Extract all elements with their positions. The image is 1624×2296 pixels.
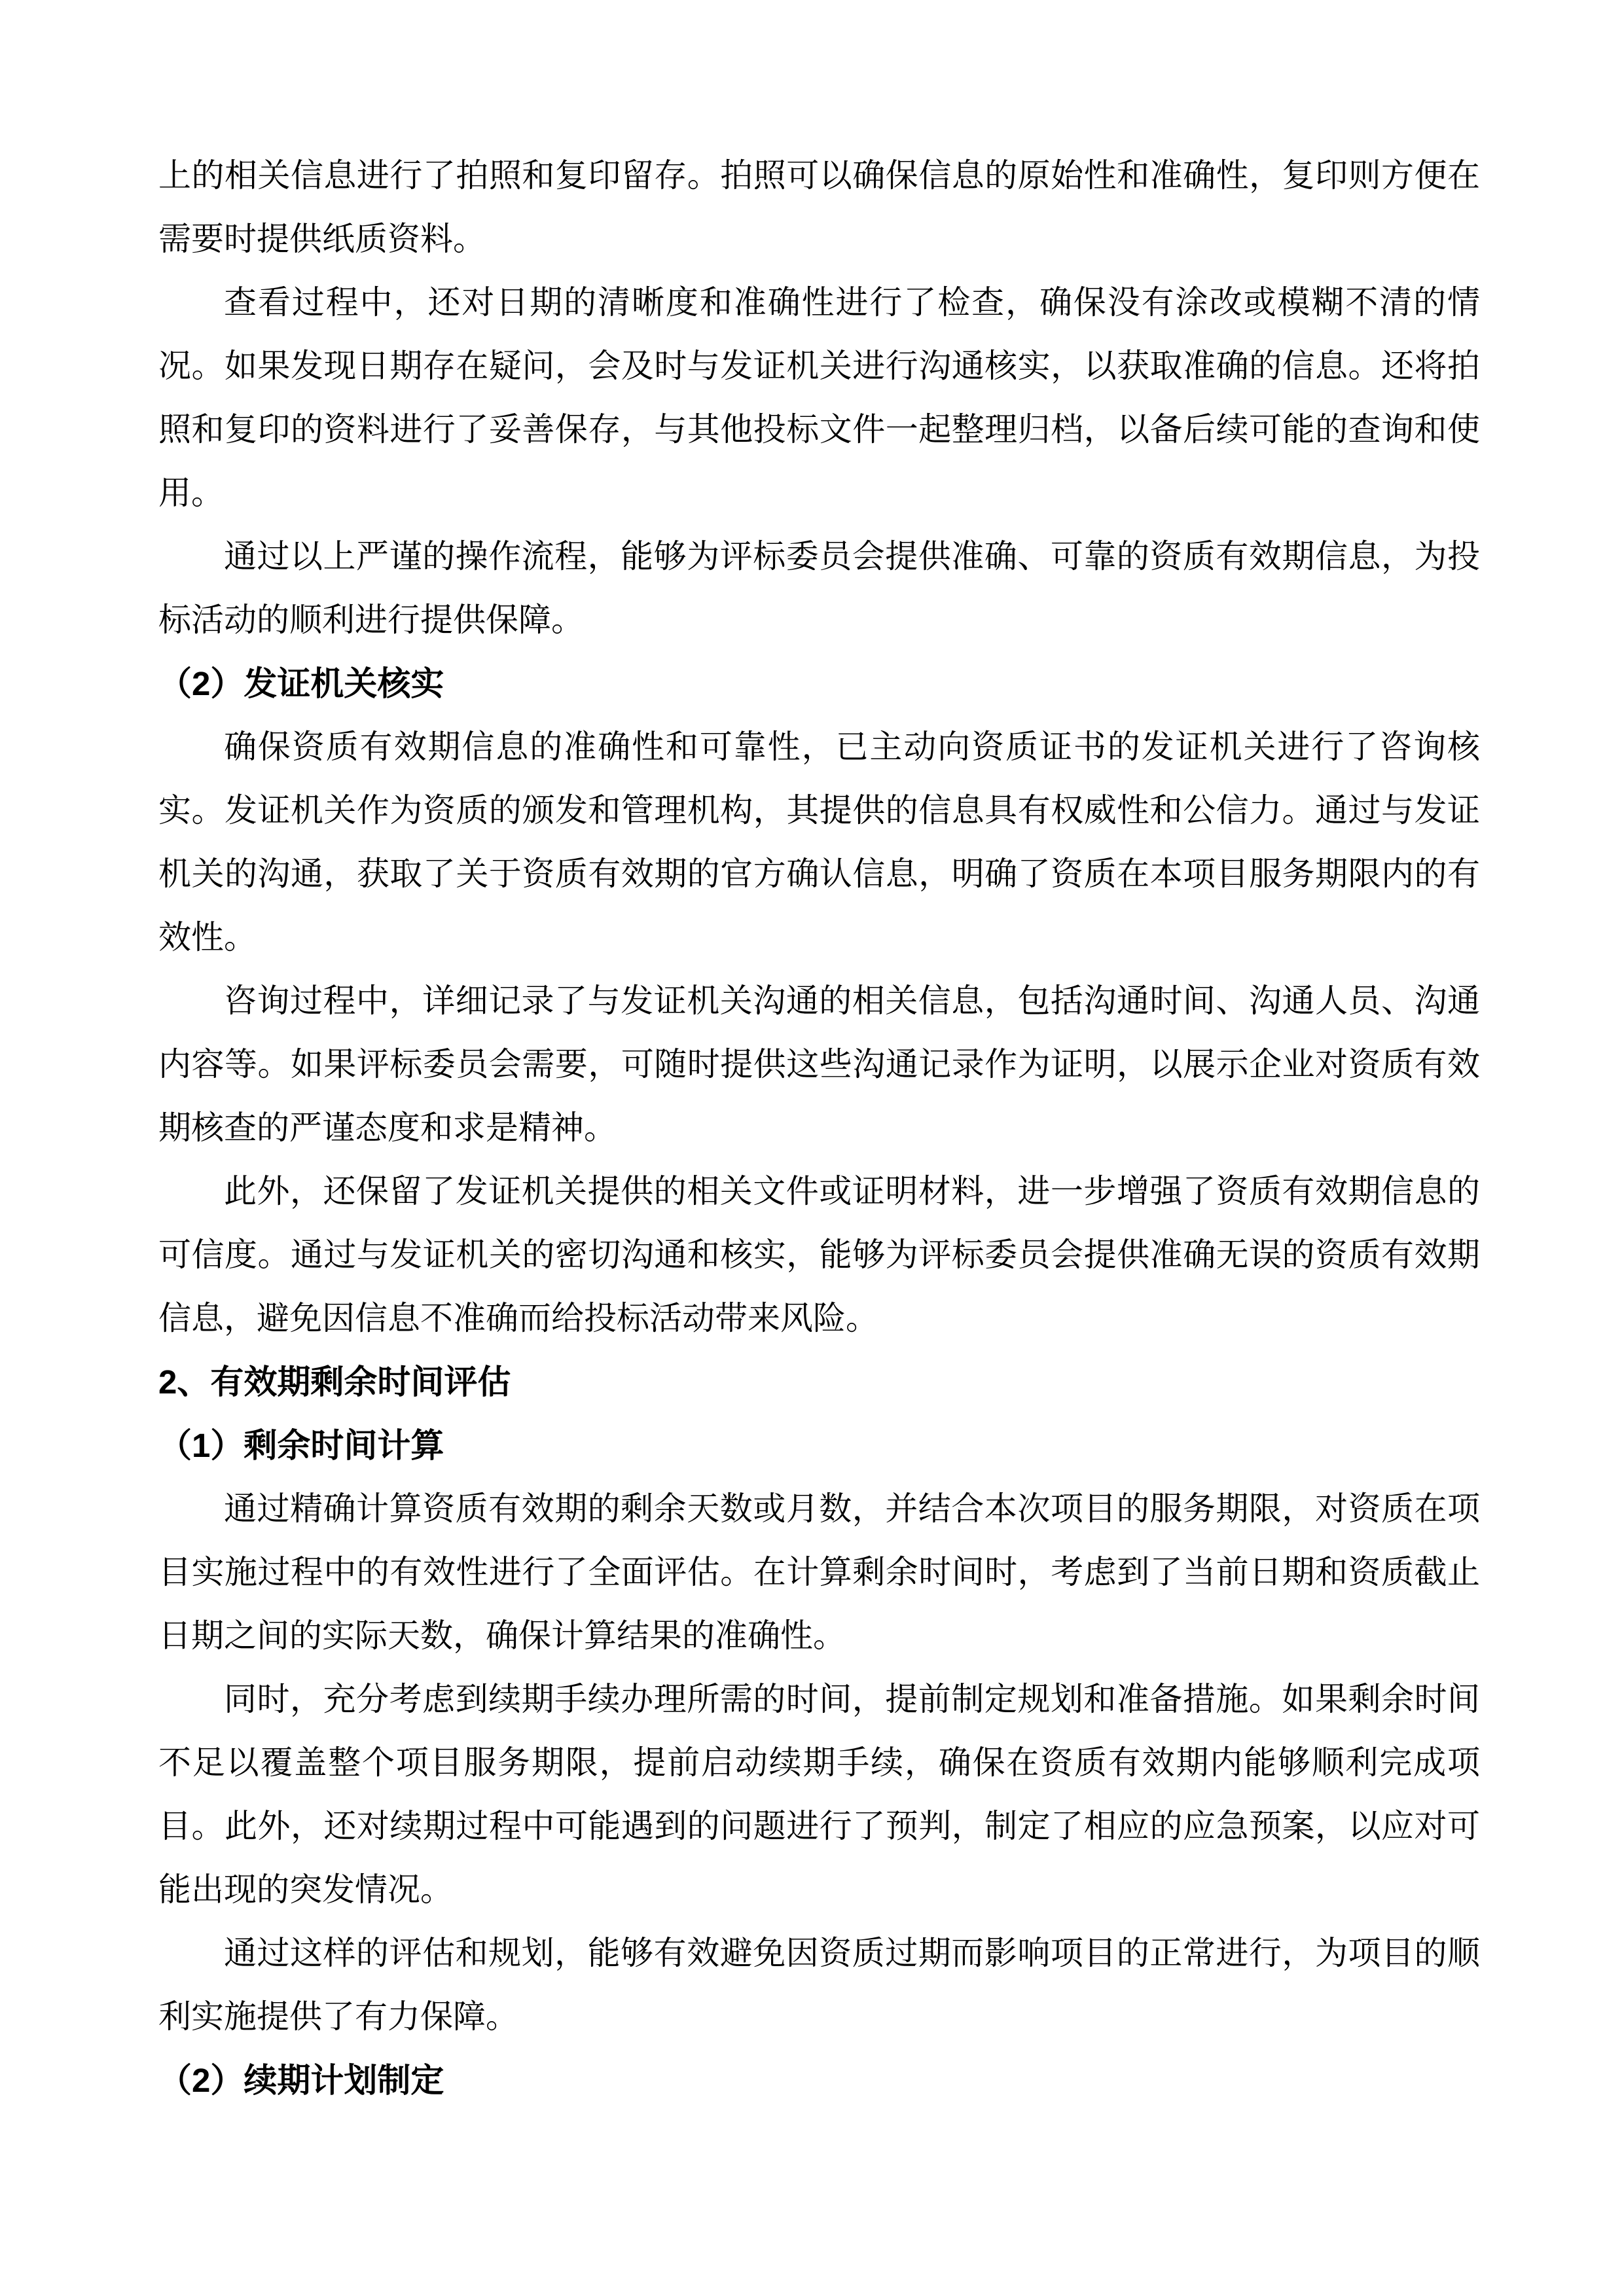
section-heading: 2、有效期剩余时间评估 — [158, 1350, 1480, 1414]
paragraph: 上的相关信息进行了拍照和复印留存。拍照可以确保信息的原始性和准确性，复印则方便在… — [158, 144, 1480, 271]
section-heading: （2）续期计划制定 — [158, 2049, 1480, 2112]
document-content: 上的相关信息进行了拍照和复印留存。拍照可以确保信息的原始性和准确性，复印则方便在… — [158, 144, 1480, 2112]
paragraph: 通过这样的评估和规划，能够有效避免因资质过期而影响项目的正常进行，为项目的顺利实… — [158, 1922, 1480, 2049]
document-page: 上的相关信息进行了拍照和复印留存。拍照可以确保信息的原始性和准确性，复印则方便在… — [0, 0, 1624, 2296]
paragraph: 通过精确计算资质有效期的剩余天数或月数，并结合本次项目的服务期限，对资质在项目实… — [158, 1477, 1480, 1668]
paragraph: 确保资质有效期信息的准确性和可靠性，已主动向资质证书的发证机关进行了咨询核实。发… — [158, 715, 1480, 969]
paragraph: 查看过程中，还对日期的清晰度和准确性进行了检查，确保没有涂改或模糊不清的情况。如… — [158, 271, 1480, 525]
paragraph: 此外，还保留了发证机关提供的相关文件或证明材料，进一步增强了资质有效期信息的可信… — [158, 1160, 1480, 1350]
section-heading: （1）剩余时间计算 — [158, 1414, 1480, 1477]
paragraph: 通过以上严谨的操作流程，能够为评标委员会提供准确、可靠的资质有效期信息，为投标活… — [158, 525, 1480, 652]
section-heading: （2）发证机关核实 — [158, 652, 1480, 715]
paragraph: 同时，充分考虑到续期手续办理所需的时间，提前制定规划和准备措施。如果剩余时间不足… — [158, 1668, 1480, 1922]
paragraph: 咨询过程中，详细记录了与发证机关沟通的相关信息，包括沟通时间、沟通人员、沟通内容… — [158, 969, 1480, 1160]
